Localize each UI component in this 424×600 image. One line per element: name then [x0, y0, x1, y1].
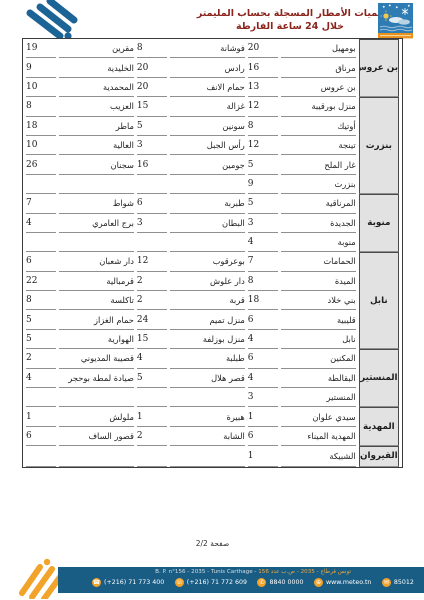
station-name-cell: قصيبة المديوني [59, 349, 134, 368]
rainfall-value-cell: 12 [248, 136, 278, 155]
table-row: قليبية6منزل تميم24حمام الغزاز5 [26, 310, 399, 329]
rainfall-value-cell: 3 [248, 388, 278, 407]
station-name-cell: طبربة [170, 194, 245, 213]
station-name-cell [170, 388, 245, 407]
station-name-cell: صيادة لمطة بوحجر [59, 369, 134, 388]
station-name-cell [170, 233, 245, 252]
station-name-cell [170, 446, 245, 466]
rainfall-value-cell: 6 [26, 427, 56, 446]
rainfall-value-cell [26, 388, 56, 407]
rainfall-value-cell: 3 [137, 136, 167, 155]
station-name-cell: الشابة [170, 427, 245, 446]
governorate-cell: بنزرت [359, 97, 399, 194]
station-name-cell: المهدية الميناء [281, 427, 356, 446]
station-name-cell: منزل تميم [170, 310, 245, 329]
rainfall-value-cell: 4 [26, 214, 56, 233]
inm-weather-emblem [378, 3, 413, 39]
station-name-cell: مرناق [281, 58, 356, 77]
rainfall-value-cell: 8 [137, 39, 167, 58]
rainfall-value-cell: 16 [248, 58, 278, 77]
inm-stripes-logo [16, 0, 92, 40]
table-row: غار الملح5جومين16سجنان26 [26, 155, 399, 174]
governorate-cell: المهدية [359, 407, 399, 446]
governorate-cell: المنستير [359, 349, 399, 407]
rainfall-value-cell: 13 [248, 78, 278, 97]
rainfall-value-cell: 1 [248, 446, 278, 466]
rainfall-value-cell: 3 [248, 214, 278, 233]
rainfall-value-cell [137, 388, 167, 407]
rainfall-value-cell: 6 [26, 252, 56, 271]
rainfall-value-cell: 24 [137, 310, 167, 329]
handset-icon: ✆ [257, 578, 266, 587]
rainfall-value-cell: 15 [137, 97, 167, 116]
rainfall-value-cell: 6 [248, 310, 278, 329]
station-name-cell: نابل [281, 330, 356, 349]
table-row: المهديةسيدي علوان1هبيرة1ملولش1 [26, 407, 399, 426]
station-name-cell: بن عروس [281, 78, 356, 97]
rainfall-value-cell: 22 [26, 272, 56, 291]
station-name-cell: المرناقية [281, 194, 356, 213]
rainfall-value-cell [26, 446, 56, 466]
table-row: تينجة12رأس الجبل3العالية10 [26, 136, 399, 155]
rainfall-value-cell: 5 [137, 117, 167, 136]
rainfall-value-cell: 8 [248, 117, 278, 136]
rainfall-value-cell: 2 [137, 427, 167, 446]
station-name-cell: قرمبالية [59, 272, 134, 291]
address-latin: B. P. n°156 - 2035 - Tunis Carthage - [155, 569, 258, 575]
governorate-cell: بن عروس [359, 39, 399, 97]
rainfall-value-cell: 4 [248, 330, 278, 349]
rainfall-value-cell: 15 [137, 330, 167, 349]
rainfall-value-cell: 7 [248, 252, 278, 271]
station-name-cell: دار شعبان [59, 252, 134, 271]
rainfall-value-cell: 1 [248, 407, 278, 426]
station-name-cell: تينجة [281, 136, 356, 155]
contact-item: ✉85012 [382, 578, 414, 587]
table-row: منوبة4 [26, 233, 399, 252]
station-name-cell: الخليدية [59, 58, 134, 77]
station-name-cell: برج العامري [59, 214, 134, 233]
title-line-1: كميات الأمطار المسجلة بحساب المليمتر [180, 7, 400, 20]
station-name-cell: المحمدية [59, 78, 134, 97]
address-arabic: تونس قرطاج - 2035 - ص.ب عدد 156 [258, 569, 351, 575]
station-name-cell: سجنان [59, 155, 134, 174]
contact-text: (+216) 71 772 609 [187, 579, 247, 586]
document-page: كميات الأمطار المسجلة بحساب المليمتر خلا… [0, 0, 424, 600]
rainfall-value-cell: 3 [137, 214, 167, 233]
rainfall-value-cell: 6 [248, 349, 278, 368]
station-name-cell: سونين [170, 117, 245, 136]
rainfall-value-cell: 4 [248, 369, 278, 388]
title-line-2: خلال 24 ساعة الفارطة [180, 20, 400, 33]
rainfall-value-cell: 5 [137, 369, 167, 388]
governorate-cell: القيروان [359, 446, 399, 466]
table-row: بنزرت9 [26, 175, 399, 194]
station-name-cell: بوعرقوب [170, 252, 245, 271]
station-name-cell: الشبيكة [281, 446, 356, 466]
contact-item: ☎(+216) 71 773 400 [92, 578, 164, 587]
table-row: المنستيرالمكنين6طبلبة4قصيبة المديوني2 [26, 349, 399, 368]
table-row: الميدة8دار علوش2قرمبالية22 [26, 272, 399, 291]
rainfall-value-cell: 2 [26, 349, 56, 368]
station-name-cell: منوبة [281, 233, 356, 252]
station-name-cell: منزل بوزلفة [170, 330, 245, 349]
governorate-cell: نابل [359, 252, 399, 349]
station-name-cell: مقرين [59, 39, 134, 58]
station-name-cell: قصر هلال [170, 369, 245, 388]
station-name-cell [170, 175, 245, 194]
governorate-cell: منوبة [359, 194, 399, 252]
station-name-cell: المنستير [281, 388, 356, 407]
contact-item: ✆8840 0000 [257, 578, 303, 587]
envelope-icon: ✉ [382, 578, 391, 587]
rainfall-value-cell: 19 [26, 39, 56, 58]
rainfall-value-cell [137, 446, 167, 466]
rainfall-value-cell: 1 [137, 407, 167, 426]
table-row: القيروانالشبيكة1 [26, 446, 399, 466]
table-row: بن عروسبومهيل20فوشانة8مقرين19 [26, 39, 399, 58]
contact-text: (+216) 71 773 400 [104, 579, 164, 586]
station-name-cell: جومين [170, 155, 245, 174]
station-name-cell: حمام الانف [170, 78, 245, 97]
rainfall-value-cell: 12 [137, 252, 167, 271]
station-name-cell: بومهيل [281, 39, 356, 58]
station-name-cell: ماطر [59, 117, 134, 136]
station-name-cell: فوشانة [170, 39, 245, 58]
contact-item: ☏(+216) 71 772 609 [175, 578, 247, 587]
rainfall-value-cell: 8 [26, 97, 56, 116]
station-name-cell: بنزرت [281, 175, 356, 194]
rainfall-value-cell: 2 [137, 291, 167, 310]
rainfall-value-cell: 20 [137, 78, 167, 97]
table-row: المهدية الميناء6الشابة2قصور الساف6 [26, 427, 399, 446]
footer-bar: B. P. n°156 - 2035 - Tunis Carthage - تو… [58, 567, 424, 593]
table-row: المنستير3 [26, 388, 399, 407]
station-name-cell: تاكلسة [59, 291, 134, 310]
station-name-cell: العزيب [59, 97, 134, 116]
table-row: أوتيك8سونين5ماطر18 [26, 117, 399, 136]
rainfall-value-cell: 7 [26, 194, 56, 213]
station-name-cell: قليبية [281, 310, 356, 329]
station-name-cell: الحمامات [281, 252, 356, 271]
rainfall-value-cell: 20 [248, 39, 278, 58]
rainfall-value-cell [137, 233, 167, 252]
station-name-cell: غزالة [170, 97, 245, 116]
station-name-cell: حمام الغزاز [59, 310, 134, 329]
rainfall-value-cell: 4 [137, 349, 167, 368]
contact-text: 85012 [394, 579, 414, 586]
rainfall-value-cell: 5 [248, 194, 278, 213]
table-row: البقالطة4قصر هلال5صيادة لمطة بوحجر4 [26, 369, 399, 388]
rainfall-value-cell [137, 175, 167, 194]
station-name-cell: رادس [170, 58, 245, 77]
table-row: نابلالحمامات7بوعرقوب12دار شعبان6 [26, 252, 399, 271]
station-name-cell: العالية [59, 136, 134, 155]
rainfall-value-cell: 12 [248, 97, 278, 116]
station-name-cell [59, 175, 134, 194]
rainfall-value-cell: 1 [26, 407, 56, 426]
fax-icon: ☏ [175, 578, 184, 587]
rainfall-value-cell: 8 [248, 272, 278, 291]
rainfall-value-cell: 8 [26, 291, 56, 310]
rainfall-value-cell: 16 [137, 155, 167, 174]
table-row: الجديدة3البطان3برج العامري4 [26, 214, 399, 233]
rainfall-value-cell: 26 [26, 155, 56, 174]
page-number: صفحة 2/2 [22, 539, 403, 548]
station-name-cell: غار الملح [281, 155, 356, 174]
station-name-cell: أوتيك [281, 117, 356, 136]
globe-icon: ⊕ [314, 578, 323, 587]
rainfall-value-cell: 5 [26, 330, 56, 349]
contact-text: www.meteo.tn [326, 579, 371, 586]
address-line: B. P. n°156 - 2035 - Tunis Carthage - تو… [92, 569, 414, 576]
rainfall-value-cell: 5 [248, 155, 278, 174]
table-row: منوبةالمرناقية5طبربة6شواط7 [26, 194, 399, 213]
contact-text: 8840 0000 [269, 579, 303, 586]
station-name-cell: شواط [59, 194, 134, 213]
rainfall-value-cell [26, 233, 56, 252]
rainfall-value-cell: 6 [248, 427, 278, 446]
table-row: بن عروس13حمام الانف20المحمدية10 [26, 78, 399, 97]
station-name-cell [59, 446, 134, 466]
table-row: نابل4منزل بوزلفة15الهوارية5 [26, 330, 399, 349]
rainfall-value-cell: 9 [26, 58, 56, 77]
rainfall-value-cell: 20 [137, 58, 167, 77]
station-name-cell: البطان [170, 214, 245, 233]
table-row: مرناق16رادس20الخليدية9 [26, 58, 399, 77]
station-name-cell: سيدي علوان [281, 407, 356, 426]
rainfall-value-cell: 2 [137, 272, 167, 291]
station-name-cell: هبيرة [170, 407, 245, 426]
phone-icon: ☎ [92, 578, 101, 587]
rainfall-table: بن عروسبومهيل20فوشانة8مقرين19مرناق16رادس… [22, 38, 403, 468]
station-name-cell [59, 388, 134, 407]
station-name-cell: البقالطة [281, 369, 356, 388]
station-name-cell: المكنين [281, 349, 356, 368]
station-name-cell: ملولش [59, 407, 134, 426]
rainfall-value-cell: 5 [26, 310, 56, 329]
rainfall-value-cell [26, 175, 56, 194]
station-name-cell: قربة [170, 291, 245, 310]
station-name-cell: رأس الجبل [170, 136, 245, 155]
rainfall-value-cell: 18 [248, 291, 278, 310]
rainfall-value-cell: 6 [137, 194, 167, 213]
rainfall-value-cell: 4 [26, 369, 56, 388]
rainfall-value-cell: 4 [248, 233, 278, 252]
rainfall-value-cell: 10 [26, 78, 56, 97]
rainfall-value-cell: 10 [26, 136, 56, 155]
table-row: بني خلاد18قربة2تاكلسة8 [26, 291, 399, 310]
table-row: بنزرتمنزل بورقيبة12غزالة15العزيب8 [26, 97, 399, 116]
rainfall-value-cell: 9 [248, 175, 278, 194]
station-name-cell: الهوارية [59, 330, 134, 349]
station-name-cell: طبلبة [170, 349, 245, 368]
station-name-cell: الميدة [281, 272, 356, 291]
station-name-cell: الجديدة [281, 214, 356, 233]
contact-row: ☎(+216) 71 773 400☏(+216) 71 772 609✆884… [92, 578, 414, 587]
rainfall-value-cell: 18 [26, 117, 56, 136]
station-name-cell: منزل بورقيبة [281, 97, 356, 116]
station-name-cell [59, 233, 134, 252]
station-name-cell: قصور الساف [59, 427, 134, 446]
document-title: كميات الأمطار المسجلة بحساب المليمتر خلا… [180, 7, 400, 33]
contact-item: ⊕www.meteo.tn [314, 578, 371, 587]
station-name-cell: بني خلاد [281, 291, 356, 310]
station-name-cell: دار علوش [170, 272, 245, 291]
